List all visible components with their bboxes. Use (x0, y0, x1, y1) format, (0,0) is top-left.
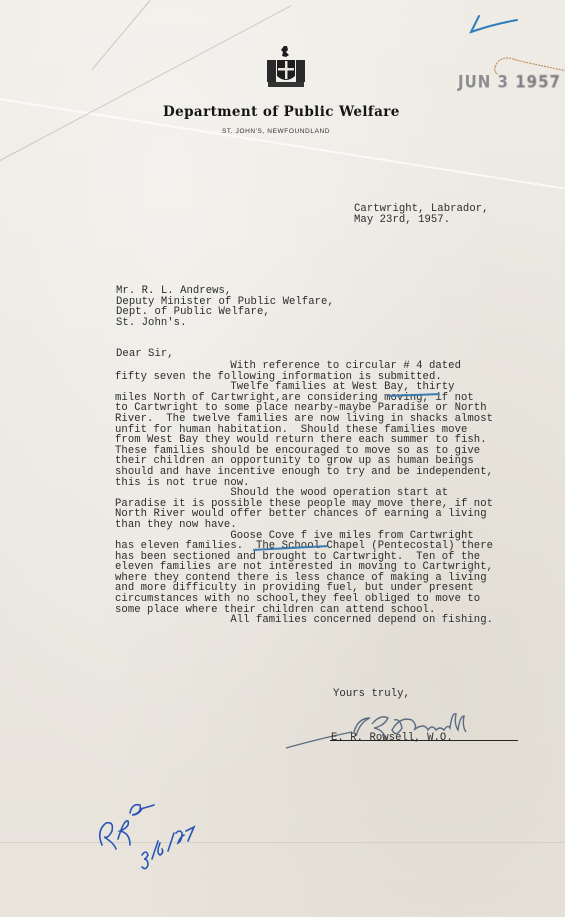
stamp-date: JUN 3 (458, 72, 509, 92)
sender-place-date: Cartwright, Labrador, May 23rd, 1957. (354, 204, 489, 225)
date-line: May 23rd, 1957. (354, 214, 450, 226)
salutation: Dear Sir, (116, 349, 174, 360)
check-mark-icon (465, 10, 525, 40)
paper-fold (0, 842, 565, 843)
body-line: than they now have. (115, 520, 493, 531)
typed-signature-name: E. R. Rowsell, W.O. (331, 733, 453, 744)
closing: Yours truly, (333, 689, 410, 700)
department-title: Department of Public Welfare (163, 104, 463, 120)
paper-crease (0, 5, 292, 161)
handwritten-initials-date (90, 795, 210, 885)
body-line: All families concerned depend on fishing… (115, 615, 493, 626)
body-line: should and have incentive enough to try … (115, 467, 493, 478)
body-line: With reference to circular # 4 dated (115, 361, 493, 372)
coat-of-arms-icon (262, 44, 310, 92)
stamp-year: 1957 (515, 72, 561, 92)
department-location: ST. JOHN'S, NEWFOUNDLAND (222, 128, 422, 135)
letter-page: Department of Public Welfare ST. JOHN'S,… (0, 0, 565, 917)
recipient-city: St. John's. (116, 317, 186, 329)
recipient-address: Mr. R. L. Andrews, Deputy Minister of Pu… (116, 286, 334, 328)
letter-body: With reference to circular # 4 datedfift… (115, 361, 493, 626)
received-date-stamp: JUN 3 1957 (458, 72, 561, 92)
body-line: River. The twelve families are now livin… (115, 414, 493, 425)
paper-crease (92, 0, 151, 70)
